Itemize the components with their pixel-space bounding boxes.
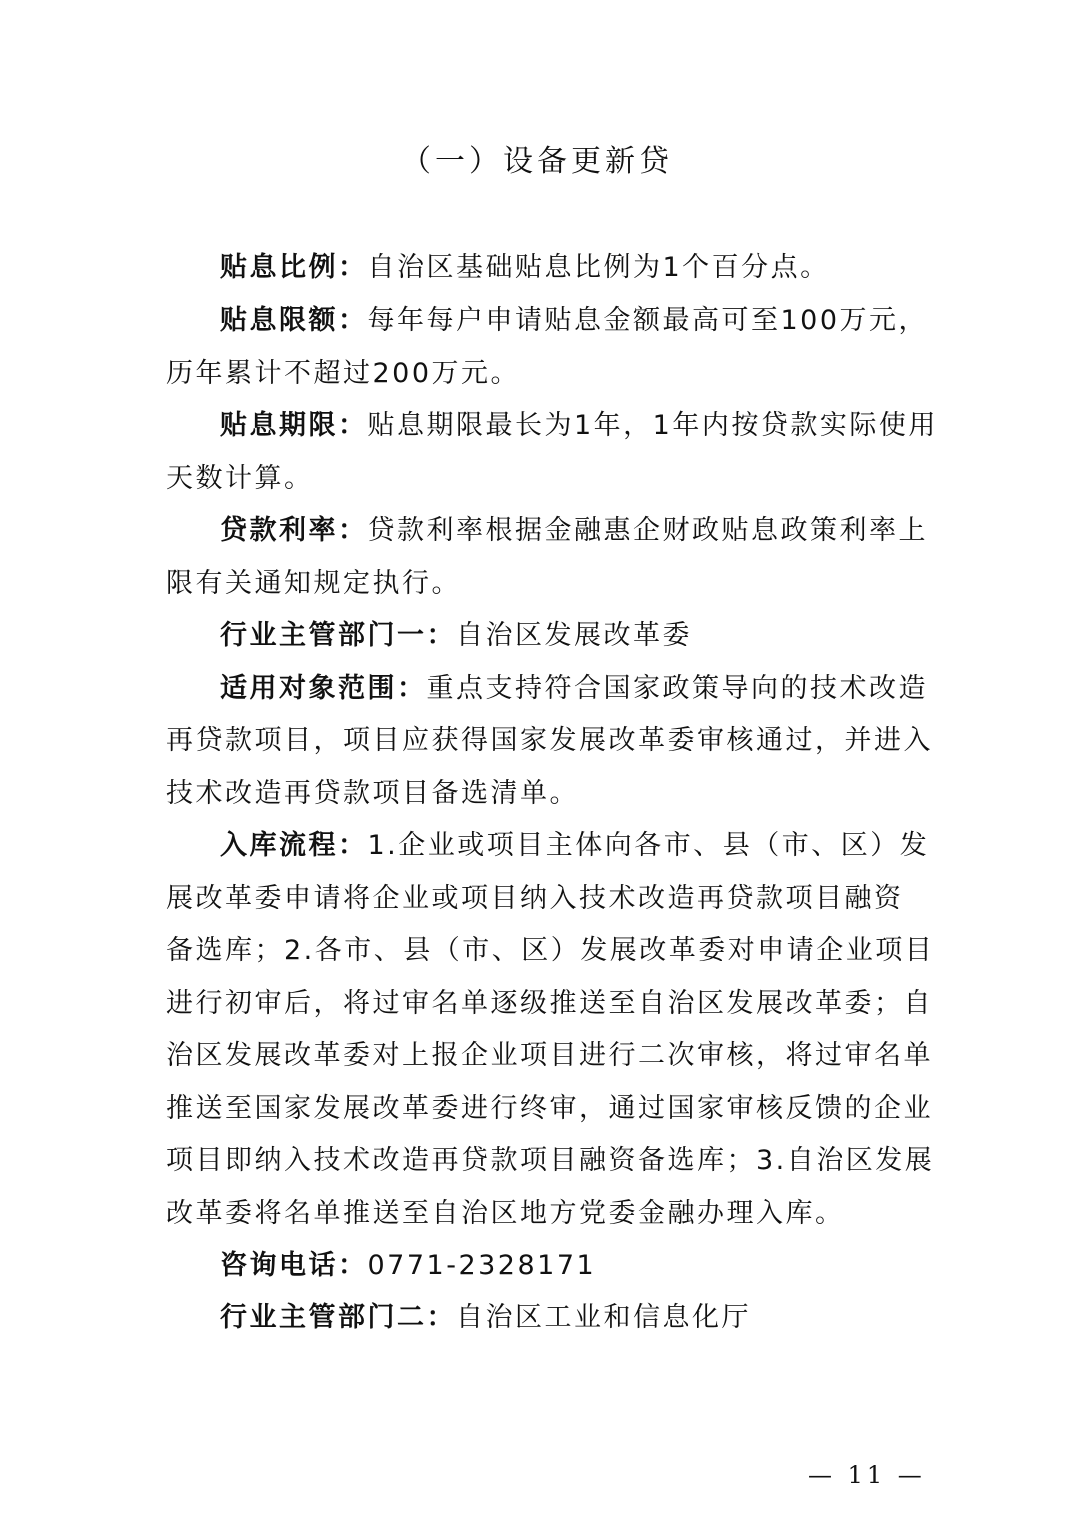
dept-one-text: 自治区发展改革委 [456,620,692,651]
process-line-7: 项目即纳入技术改造再贷款项目融资备选库；3.自治区发展 [166,1141,926,1181]
page-number: — 11 — [808,1460,926,1490]
dept-two-text: 自治区工业和信息化厅 [456,1302,751,1333]
section-title: （一）设备更新贷 [0,140,1074,184]
process-line-1: 入库流程：1.企业或项目主体向各市、县（市、区）发 [220,826,980,866]
dept-one-label: 行业主管部门一： [220,620,456,651]
dept-two-label: 行业主管部门二： [220,1302,456,1333]
subsidy-limit-label: 贴息限额： [220,305,368,336]
loan-rate-text: 贷款利率根据金融惠企财政贴息政策利率上 [368,515,929,546]
subsidy-period-label: 贴息期限： [220,410,368,441]
scope-text: 重点支持符合国家政策导向的技术改造 [427,673,929,704]
loan-rate-line-1: 贷款利率：贷款利率根据金融惠企财政贴息政策利率上 [220,511,980,551]
process-line-6: 推送至国家发展改革委进行终审，通过国家审核反馈的企业 [166,1089,926,1129]
process-line-3: 备选库；2.各市、县（市、区）发展改革委对申请企业项目 [166,931,926,971]
subsidy-ratio-label: 贴息比例： [220,252,368,283]
scope-line-3: 技术改造再贷款项目备选清单。 [166,774,926,814]
subsidy-period-line-1: 贴息期限：贴息期限最长为1年，1年内按贷款实际使用 [220,406,980,446]
hotline-label: 咨询电话： [220,1250,368,1281]
subsidy-ratio-text: 自治区基础贴息比例为1个百分点。 [368,252,830,283]
scope-line-1: 适用对象范围：重点支持符合国家政策导向的技术改造 [220,669,980,709]
scope-label: 适用对象范围： [220,673,427,704]
process-label: 入库流程： [220,830,368,861]
process-text: 1.企业或项目主体向各市、县（市、区）发 [368,830,930,861]
dept-one-line: 行业主管部门一：自治区发展改革委 [220,616,980,656]
scope-line-2: 再贷款项目，项目应获得国家发展改革委审核通过，并进入 [166,721,926,761]
process-line-5: 治区发展改革委对上报企业项目进行二次审核，将过审名单 [166,1036,926,1076]
document-page: （一）设备更新贷 贴息比例：自治区基础贴息比例为1个百分点。 贴息限额：每年每户… [0,0,1074,1520]
dept-two-line: 行业主管部门二：自治区工业和信息化厅 [220,1298,980,1338]
process-line-4: 进行初审后，将过审名单逐级推送至自治区发展改革委；自 [166,984,926,1024]
subsidy-ratio-line-1: 贴息比例：自治区基础贴息比例为1个百分点。 [220,248,980,288]
subsidy-period-line-2: 天数计算。 [166,459,926,499]
process-line-8: 改革委将名单推送至自治区地方党委金融办理入库。 [166,1194,926,1234]
hotline-line: 咨询电话：0771-2328171 [220,1246,980,1286]
subsidy-limit-text: 每年每户申请贴息金额最高可至100万元， [368,305,929,336]
subsidy-limit-line-1: 贴息限额：每年每户申请贴息金额最高可至100万元， [220,301,980,341]
loan-rate-line-2: 限有关通知规定执行。 [166,564,926,604]
loan-rate-label: 贷款利率： [220,515,368,546]
subsidy-limit-line-2: 历年累计不超过200万元。 [166,354,926,394]
hotline-number: 0771-2328171 [368,1250,597,1281]
subsidy-period-text: 贴息期限最长为1年，1年内按贷款实际使用 [368,410,938,441]
process-line-2: 展改革委申请将企业或项目纳入技术改造再贷款项目融资 [166,879,926,919]
